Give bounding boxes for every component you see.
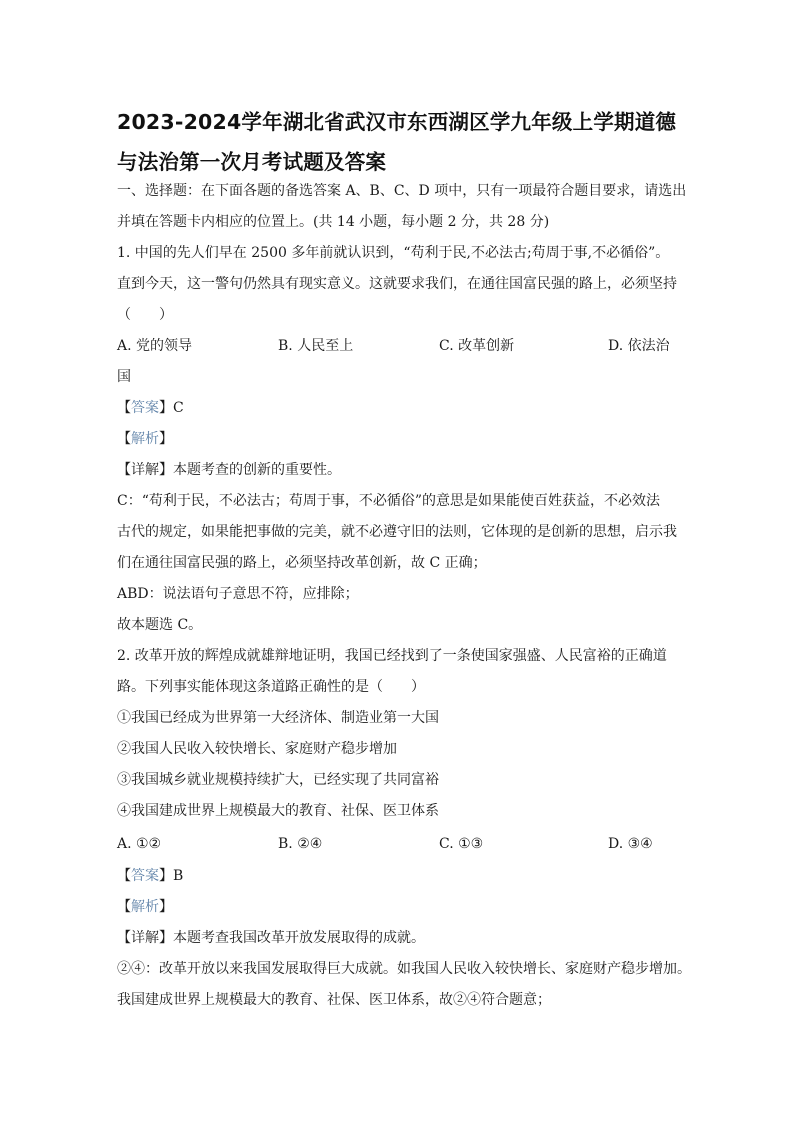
bracket-close: 】 xyxy=(159,899,173,915)
bracket-close: 】 xyxy=(159,868,173,884)
bracket-open: 【 xyxy=(117,899,131,915)
answer-value: C xyxy=(173,400,184,416)
answer-label: 答案 xyxy=(131,400,159,416)
statement-2: ②我国人民收入较快增长、家庭财产稳步增加 xyxy=(117,734,677,765)
options-row: A. 党的领导 B. 人民至上 C. 改革创新 D. 依法治 xyxy=(117,331,677,362)
detail-line: ABD：说法语句子意思不符，应排除； xyxy=(117,579,677,610)
bracket-open: 【 xyxy=(117,868,131,884)
question-stem-blank: （ ） xyxy=(117,300,677,331)
question-stem-line: 路。下列事实能体现这条道路正确性的是（ ） xyxy=(117,672,677,703)
statement-3: ③我国城乡就业规模持续扩大，已经实现了共同富裕 xyxy=(117,765,677,796)
option-d: D. ③④ xyxy=(600,827,653,861)
analysis-line: 【解析】 xyxy=(117,424,677,455)
option-d: D. 依法治 xyxy=(600,331,670,362)
option-c: C. 改革创新 xyxy=(439,331,600,362)
detail-label: 【详解】 xyxy=(117,930,173,946)
statement-1: ①我国已经成为世界第一大经济体、制造业第一大国 xyxy=(117,703,677,734)
option-a: A. 党的领导 xyxy=(117,331,278,362)
section-instructions-line: 一、选择题：在下面各题的备选答案 A、B、C、D 项中，只有一项最符合题目要求，… xyxy=(117,176,677,207)
detail-line: 【详解】本题考查的创新的重要性。 xyxy=(117,455,677,486)
detail-line: C：“苟利于民，不必法古；苟周于事，不必循俗”的意思是如果能使百姓获益，不必效法 xyxy=(117,486,677,517)
detail-line: 古代的规定，如果能把事做的完美，就不必遵守旧的法则，它体现的是创新的思想，启示我 xyxy=(117,517,677,548)
bracket-open: 【 xyxy=(117,400,131,416)
analysis-label: 解析 xyxy=(131,899,159,915)
section-instructions: 一、选择题：在下面各题的备选答案 A、B、C、D 项中，只有一项最符合题目要求，… xyxy=(117,176,677,238)
question-stem-line: 直到今天，这一警句仍然具有现实意义。这就要求我们，在通往国富民强的路上，必须坚持 xyxy=(117,269,677,300)
detail-line: 我国建成世界上规模最大的教育、社保、医卫体系，故②④符合题意； xyxy=(117,985,677,1016)
document-page: 2023-2024学年湖北省武汉市东西湖区学九年级上学期道德 与法治第一次月考试… xyxy=(117,102,677,1016)
analysis-line: 【解析】 xyxy=(117,892,677,923)
detail-text: 本题考查的创新的重要性。 xyxy=(173,462,341,478)
question-stem-line: 1. 中国的先人们早在 2500 多年前就认识到，“苟利于民,不必法古;苟周于事… xyxy=(117,238,677,269)
analysis-label: 解析 xyxy=(131,431,159,447)
question-2: 2. 改革开放的辉煌成就雄辩地证明，我国已经找到了一条使国家强盛、人民富裕的正确… xyxy=(117,641,677,1016)
option-a: A. ①② xyxy=(117,827,278,861)
bracket-close: 】 xyxy=(159,431,173,447)
answer-label: 答案 xyxy=(131,868,159,884)
option-b: B. ②④ xyxy=(278,827,439,861)
answer-line: 【答案】C xyxy=(117,393,677,424)
statement-4: ④我国建成世界上规模最大的教育、社保、医卫体系 xyxy=(117,796,677,827)
bracket-open: 【 xyxy=(117,431,131,447)
answer-value: B xyxy=(173,868,183,884)
detail-line: ②④：改革开放以来我国发展取得巨大成就。如我国人民收入较快增长、家庭财产稳步增加… xyxy=(117,954,677,985)
option-b: B. 人民至上 xyxy=(278,331,439,362)
detail-text: 本题考查我国改革开放发展取得的成就。 xyxy=(173,930,425,946)
detail-line: 故本题选 C。 xyxy=(117,610,677,641)
question-stem-line: 2. 改革开放的辉煌成就雄辩地证明，我国已经找到了一条使国家强盛、人民富裕的正确… xyxy=(117,641,677,672)
option-c: C. ①③ xyxy=(439,827,600,861)
bracket-close: 】 xyxy=(159,400,173,416)
detail-line: 【详解】本题考查我国改革开放发展取得的成就。 xyxy=(117,923,677,954)
detail-line: 们在通往国富民强的路上，必须坚持改革创新，故 C 正确； xyxy=(117,548,677,579)
options-row: A. ①② B. ②④ C. ①③ D. ③④ xyxy=(117,827,677,861)
document-title-line-1: 2023-2024学年湖北省武汉市东西湖区学九年级上学期道德 xyxy=(117,102,677,142)
answer-line: 【答案】B xyxy=(117,861,677,892)
question-1: 1. 中国的先人们早在 2500 多年前就认识到，“苟利于民,不必法古;苟周于事… xyxy=(117,238,677,641)
option-d-overflow: 国 xyxy=(117,362,677,393)
section-instructions-line: 并填在答题卡内相应的位置上。(共 14 小题，每小题 2 分，共 28 分) xyxy=(117,207,677,238)
detail-label: 【详解】 xyxy=(117,462,173,478)
